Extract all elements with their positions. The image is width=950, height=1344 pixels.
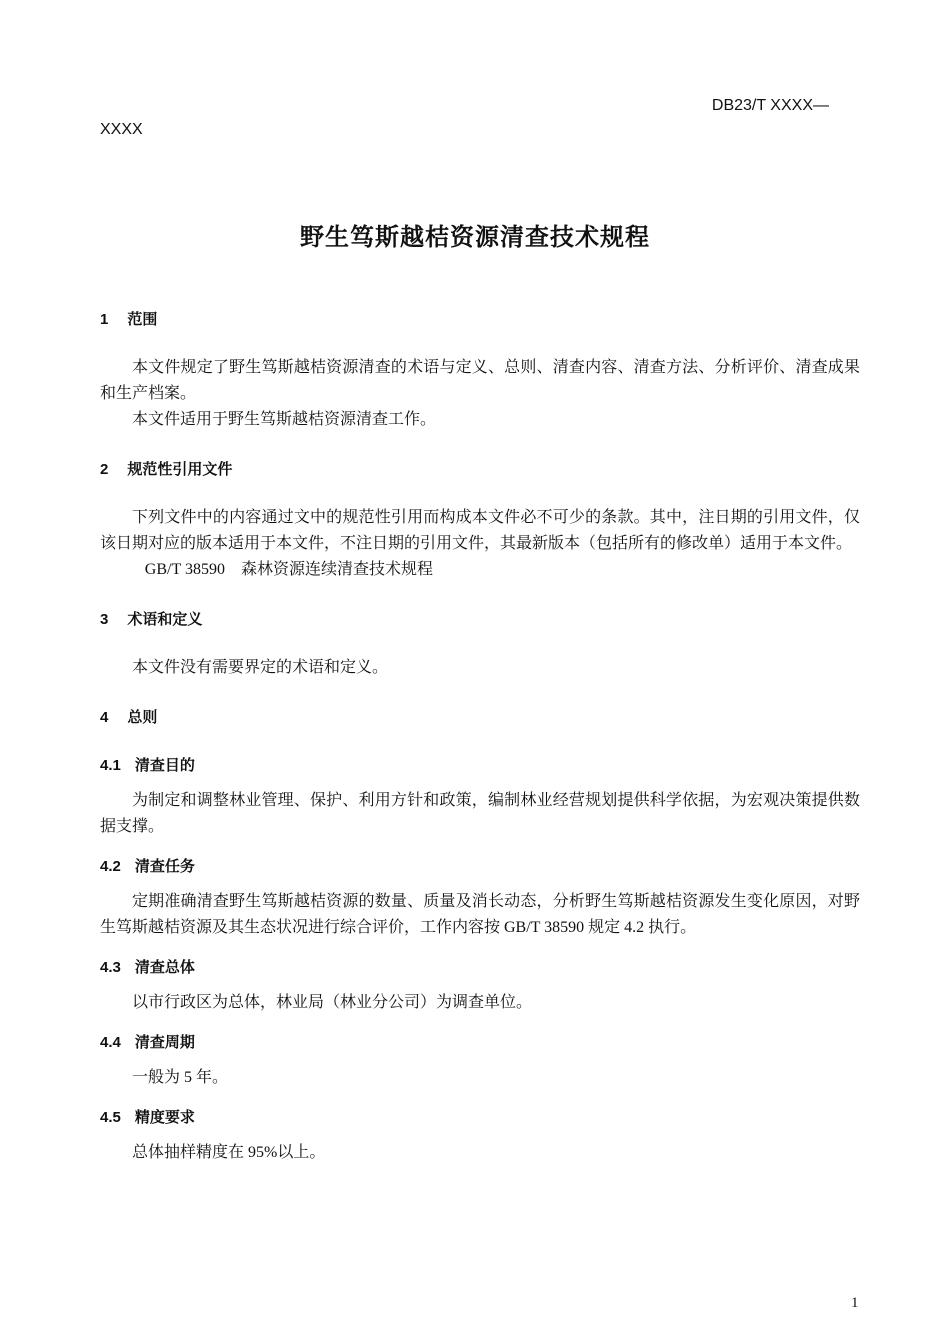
paragraph: 为制定和调整林业管理、保护、利用方针和政策，编制林业经营规划提供科学依据，为宏观… (100, 788, 860, 840)
section-heading-3: 3术语和定义 (100, 607, 860, 633)
section-number: 4 (100, 709, 108, 726)
section-title: 范围 (127, 311, 157, 328)
section-heading-4.3: 4.3清查总体 (100, 955, 860, 981)
section-number: 2 (100, 461, 108, 478)
paragraph: 以市行政区为总体，林业局（林业分公司）为调查单位。 (100, 990, 860, 1016)
section-title: 精度要求 (135, 1109, 195, 1126)
document-page: DB23/T XXXX— XXXX 野生笃斯越桔资源清查技术规程 1范围本文件规… (0, 0, 950, 1344)
section-heading-4.4: 4.4清查周期 (100, 1030, 860, 1056)
paragraph: 本文件没有需要界定的术语和定义。 (100, 655, 860, 681)
section-number: 4.3 (100, 959, 121, 976)
section-heading-4.2: 4.2清查任务 (100, 854, 860, 880)
section-number: 1 (100, 311, 108, 328)
paragraph: 本文件适用于野生笃斯越桔资源清查工作。 (100, 407, 860, 433)
section-title: 清查任务 (135, 858, 195, 875)
doc-content: 1范围本文件规定了野生笃斯越桔资源清查的术语与定义、总则、清查内容、清查方法、分… (100, 307, 860, 1166)
section-number: 4.5 (100, 1109, 121, 1126)
section-title: 清查周期 (135, 1034, 195, 1051)
paragraph: 一般为 5 年。 (100, 1065, 860, 1091)
section-title: 清查总体 (135, 959, 195, 976)
section-title: 总则 (127, 709, 157, 726)
section-heading-4.5: 4.5精度要求 (100, 1105, 860, 1131)
doc-title: 野生笃斯越桔资源清查技术规程 (0, 221, 950, 255)
section-number: 4.1 (100, 757, 121, 774)
paragraph: 下列文件中的内容通过文中的规范性引用而构成本文件必不可少的条款。其中，注日期的引… (100, 505, 860, 557)
section-title: 规范性引用文件 (127, 461, 232, 478)
section-title: 术语和定义 (127, 611, 202, 628)
section-title: 清查目的 (135, 757, 195, 774)
section-heading-1: 1范围 (100, 307, 860, 333)
page-number: 1 (851, 1293, 859, 1313)
section-heading-4: 4总则 (100, 705, 860, 731)
doc-code-line1: DB23/T XXXX— (712, 96, 829, 116)
section-heading-4.1: 4.1清查目的 (100, 753, 860, 779)
section-number: 4.4 (100, 1034, 121, 1051)
section-number: 4.2 (100, 858, 121, 875)
section-number: 3 (100, 611, 108, 628)
normative-reference: GB/T 38590 森林资源连续清查技术规程 (100, 557, 860, 583)
doc-code-line2: XXXX (100, 120, 143, 140)
section-heading-2: 2规范性引用文件 (100, 457, 860, 483)
paragraph: 定期准确清查野生笃斯越桔资源的数量、质量及消长动态，分析野生笃斯越桔资源发生变化… (100, 889, 860, 941)
paragraph: 本文件规定了野生笃斯越桔资源清查的术语与定义、总则、清查内容、清查方法、分析评价… (100, 355, 860, 407)
paragraph: 总体抽样精度在 95%以上。 (100, 1140, 860, 1166)
